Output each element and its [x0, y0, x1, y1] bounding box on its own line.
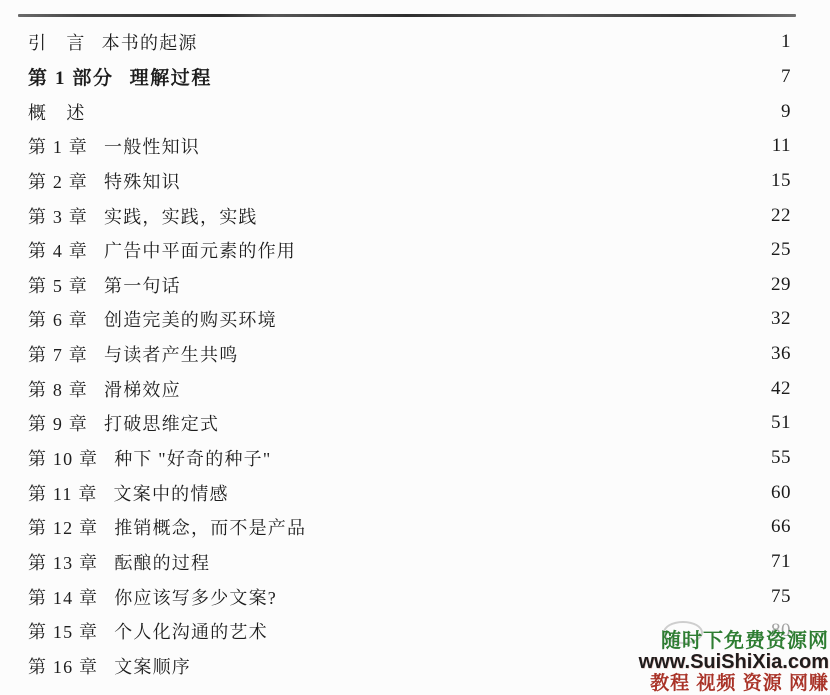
toc-row: 第 11 章 文案中的情感 60: [28, 475, 791, 510]
toc-row-title: 滑梯效应: [104, 376, 181, 402]
toc-row: 第 1 部分 理解过程 7: [28, 60, 791, 95]
toc-row-page-number: 11: [772, 135, 791, 157]
toc-row-title: 文案顺序: [114, 653, 191, 679]
toc-row-label: 第 5 章: [28, 272, 88, 298]
toc-row-page-number: 22: [771, 205, 791, 227]
toc-row-label: 第 10 章: [28, 445, 98, 471]
toc-row-title: 打破思维定式: [104, 410, 219, 436]
watermark-site-url: www.SuiShiXia.com: [637, 652, 829, 673]
toc-row-title: 实践，实践，实践: [104, 203, 258, 229]
toc-row-label: 第 6 章: [28, 306, 88, 332]
toc-row-label: 第 9 章: [28, 410, 88, 436]
toc-row-label: 第 2 章: [28, 168, 88, 194]
toc-row: 第 4 章 广告中平面元素的作用 25: [28, 233, 791, 268]
toc-row-label: 第 7 章: [28, 341, 88, 367]
toc-row-title: 你应该写多少文案?: [114, 584, 277, 610]
page-top-rule: [18, 14, 796, 17]
toc-row-page-number: 66: [771, 516, 791, 538]
toc-row-title: 文案中的情感: [114, 480, 229, 506]
toc-row: 概 述 9: [28, 94, 791, 129]
toc-row-title: 与读者产生共鸣: [104, 341, 238, 367]
toc-row-title: 广告中平面元素的作用: [104, 237, 296, 263]
toc-row-label: 第 15 章: [28, 618, 98, 644]
toc-row-title: 理解过程: [130, 63, 212, 90]
toc-row-page-number: 1: [781, 31, 791, 53]
watermark-site-name: 随时下免费资源网: [637, 631, 829, 652]
toc-row-title: 本书的起源: [102, 29, 198, 55]
toc-row-label: 引 言: [28, 29, 86, 55]
toc-row: 第 13 章 酝酿的过程 71: [28, 545, 791, 580]
toc-row-title: 推销概念，而不是产品: [114, 514, 306, 540]
toc-row-label: 第 12 章: [28, 514, 98, 540]
toc-row-page-number: 29: [771, 274, 791, 296]
toc-row: 第 1 章 一般性知识 11: [28, 129, 791, 164]
toc-row-page-number: 25: [771, 239, 791, 261]
toc-row-title: 第一句话: [104, 272, 181, 298]
toc-row-label: 第 1 部分: [28, 63, 114, 90]
toc-row: 第 3 章 实践，实践，实践 22: [28, 198, 791, 233]
toc-row-label: 第 1 章: [28, 133, 88, 159]
toc-row-page-number: 60: [771, 482, 791, 504]
toc-row-page-number: 9: [781, 101, 791, 123]
toc-row-page-number: 32: [771, 308, 791, 330]
toc-row-label: 第 4 章: [28, 237, 88, 263]
toc-row-title: 创造完美的购买环境: [104, 306, 277, 332]
toc-row-page-number: 15: [771, 170, 791, 192]
toc-row-page-number: 7: [781, 66, 791, 88]
toc-row: 第 5 章 第一句话 29: [28, 267, 791, 302]
toc-row: 第 12 章 推销概念，而不是产品 66: [28, 510, 791, 545]
toc-row-title: 酝酿的过程: [114, 549, 210, 575]
book-toc-page: 引 言 本书的起源 1 第 1 部分 理解过程 7 概 述 9 第 1 章 一般…: [0, 0, 830, 695]
toc-row-page-number: 42: [771, 378, 791, 400]
toc-row-page-number: 55: [771, 447, 791, 469]
toc-row: 第 6 章 创造完美的购买环境 32: [28, 302, 791, 337]
toc-row: 第 2 章 特殊知识 15: [28, 164, 791, 199]
toc-row: 第 7 章 与读者产生共鸣 36: [28, 337, 791, 372]
toc-row: 引 言 本书的起源 1: [28, 25, 791, 60]
toc-row-label: 第 8 章: [28, 376, 88, 402]
toc-row-page-number: 51: [771, 412, 791, 434]
toc-row: 第 14 章 你应该写多少文案? 75: [28, 579, 791, 614]
toc-row-label: 第 11 章: [28, 480, 98, 506]
toc-row-label: 第 14 章: [28, 584, 98, 610]
toc-row-label: 第 16 章: [28, 653, 98, 679]
toc-row-page-number: 36: [771, 343, 791, 365]
toc-row-title: 个人化沟通的艺术: [114, 618, 268, 644]
watermark: 随时下免费资源网 www.SuiShiXia.com 教程 视频 资源 网赚: [637, 631, 830, 694]
toc-row-page-number: 71: [771, 551, 791, 573]
toc-list: 引 言 本书的起源 1 第 1 部分 理解过程 7 概 述 9 第 1 章 一般…: [28, 25, 791, 683]
toc-row-title: 特殊知识: [104, 168, 181, 194]
toc-row-label: 第 13 章: [28, 549, 98, 575]
toc-row-label: 概 述: [28, 99, 86, 125]
toc-row: 第 8 章 滑梯效应 42: [28, 371, 791, 406]
toc-row: 第 10 章 种下 "好奇的种子" 55: [28, 441, 791, 476]
toc-row-label: 第 3 章: [28, 203, 88, 229]
toc-row-title: 种下 "好奇的种子": [114, 445, 271, 471]
toc-row-title: 一般性知识: [104, 133, 200, 159]
toc-row: 第 9 章 打破思维定式 51: [28, 406, 791, 441]
toc-row-page-number: 75: [771, 586, 791, 608]
watermark-tags: 教程 视频 资源 网赚: [637, 673, 829, 694]
